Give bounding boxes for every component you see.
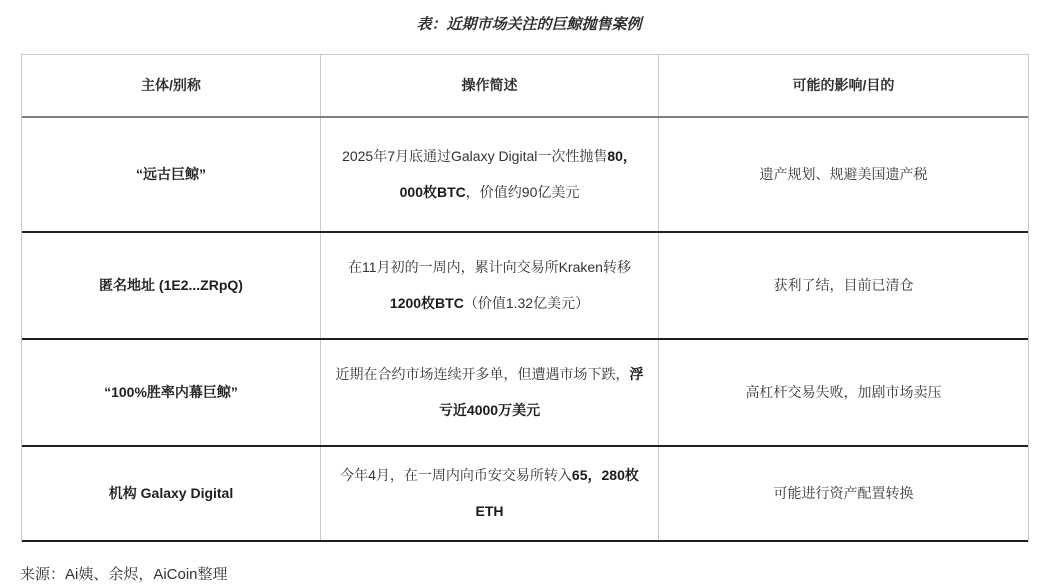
operation-text: 近期在合约市场连续开多单，但遭遇市场下跌，	[336, 366, 630, 382]
table-title: 表：近期市场关注的巨鲸抛售案例	[0, 0, 1058, 34]
column-header-impact: 可能的影响/目的	[658, 55, 1028, 116]
table-row: “100%胜率内幕巨鲸” 近期在合约市场连续开多单，但遭遇市场下跌，浮亏近400…	[22, 340, 1028, 447]
source-note: 来源：Ai姨、余烬，AiCoin整理	[20, 563, 1058, 584]
table-row: “远古巨鲸” 2025年7月底通过Galaxy Digital一次性抛售80，0…	[22, 118, 1028, 233]
operation-cell: 在11月初的一周内，累计向交易所Kraken转移1200枚BTC（价值1.32亿…	[320, 233, 658, 338]
page: 表：近期市场关注的巨鲸抛售案例 主体/别称 操作简述 可能的影响/目的 “远古巨…	[0, 0, 1058, 588]
operation-cell: 今年4月，在一周内向币安交易所转入65，280枚ETH	[320, 447, 658, 540]
column-header-operation: 操作简述	[320, 55, 658, 116]
whale-sell-off-table: 主体/别称 操作简述 可能的影响/目的 “远古巨鲸” 2025年7月底通过Gal…	[21, 54, 1029, 542]
header-row: 主体/别称 操作简述 可能的影响/目的	[22, 55, 1028, 118]
subject-cell: 机构 Galaxy Digital	[22, 447, 320, 540]
operation-cell: 2025年7月底通过Galaxy Digital一次性抛售80，000枚BTC，…	[320, 118, 658, 231]
operation-cell: 近期在合约市场连续开多单，但遭遇市场下跌，浮亏近4000万美元	[320, 340, 658, 445]
operation-text: 在11月初的一周内，累计向交易所Kraken转移	[348, 259, 631, 275]
operation-highlight: 1200枚BTC	[390, 295, 464, 311]
operation-text: ，价值约90亿美元	[466, 184, 580, 200]
subject-cell: 匿名地址 (1E2...ZRpQ)	[22, 233, 320, 338]
impact-cell: 获利了结，目前已清仓	[658, 233, 1028, 338]
operation-text: 2025年7月底通过Galaxy Digital一次性抛售	[342, 148, 607, 164]
subject-cell: “远古巨鲸”	[22, 118, 320, 231]
table-row: 机构 Galaxy Digital 今年4月，在一周内向币安交易所转入65，28…	[22, 447, 1028, 542]
operation-text: 今年4月，在一周内向币安交易所转入	[340, 467, 572, 483]
subject-cell: “100%胜率内幕巨鲸”	[22, 340, 320, 445]
impact-cell: 遗产规划、规避美国遗产税	[658, 118, 1028, 231]
table-row: 匿名地址 (1E2...ZRpQ) 在11月初的一周内，累计向交易所Kraken…	[22, 233, 1028, 340]
impact-cell: 可能进行资产配置转换	[658, 447, 1028, 540]
impact-cell: 高杠杆交易失败，加剧市场卖压	[658, 340, 1028, 445]
operation-text: （价值1.32亿美元）	[464, 295, 589, 311]
column-header-subject: 主体/别称	[22, 55, 320, 116]
